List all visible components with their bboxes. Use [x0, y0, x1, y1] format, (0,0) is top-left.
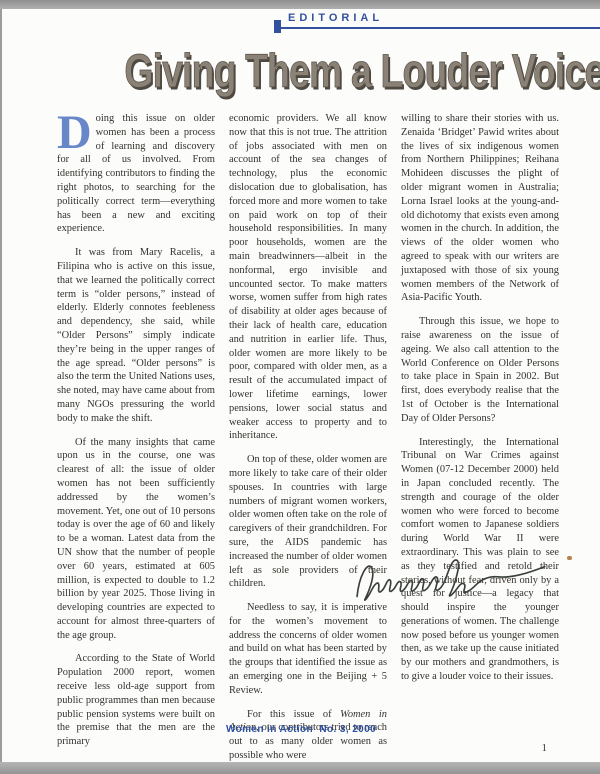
paragraph-text: For this issue of: [247, 709, 340, 720]
paragraph: willing to share their stories with us. …: [401, 112, 559, 305]
paragraph: Doing this issue on older women has been…: [57, 112, 215, 236]
paragraph: Of the many insights that came upon us i…: [57, 436, 215, 643]
paragraph: It was from Mary Racelis, a Filipina who…: [57, 246, 215, 425]
footer-journal-title: Women in Action No. 3, 2000: [2, 724, 600, 735]
paragraph: For this issue of Women in Action, our c…: [229, 708, 387, 763]
column-3: willing to share their stories with us. …: [401, 112, 559, 773]
column-1: Doing this issue on older women has been…: [57, 112, 215, 773]
scan-speck: [567, 556, 572, 560]
page-number: 1: [542, 742, 548, 754]
page-title: Giving Them a Louder Voice: [124, 45, 600, 99]
magazine-page: EDITORIAL Giving Them a Louder Voice Doi…: [2, 9, 600, 762]
kicker-bar-icon: [274, 20, 281, 33]
section-header: EDITORIAL: [274, 13, 600, 29]
column-2: economic providers. We all know now that…: [229, 112, 387, 773]
editor-signature: [345, 547, 559, 618]
section-kicker: EDITORIAL: [288, 13, 383, 26]
signature-scribble-icon: [349, 547, 559, 613]
title-row: Giving Them a Louder Voice: [82, 45, 600, 95]
drop-cap: D: [57, 113, 92, 153]
scan-edge-top: [0, 0, 600, 9]
article-body: Doing this issue on older women has been…: [57, 112, 558, 773]
paragraph: Through this issue, we hope to raise awa…: [401, 315, 559, 425]
paragraph: economic providers. We all know now that…: [229, 112, 387, 443]
